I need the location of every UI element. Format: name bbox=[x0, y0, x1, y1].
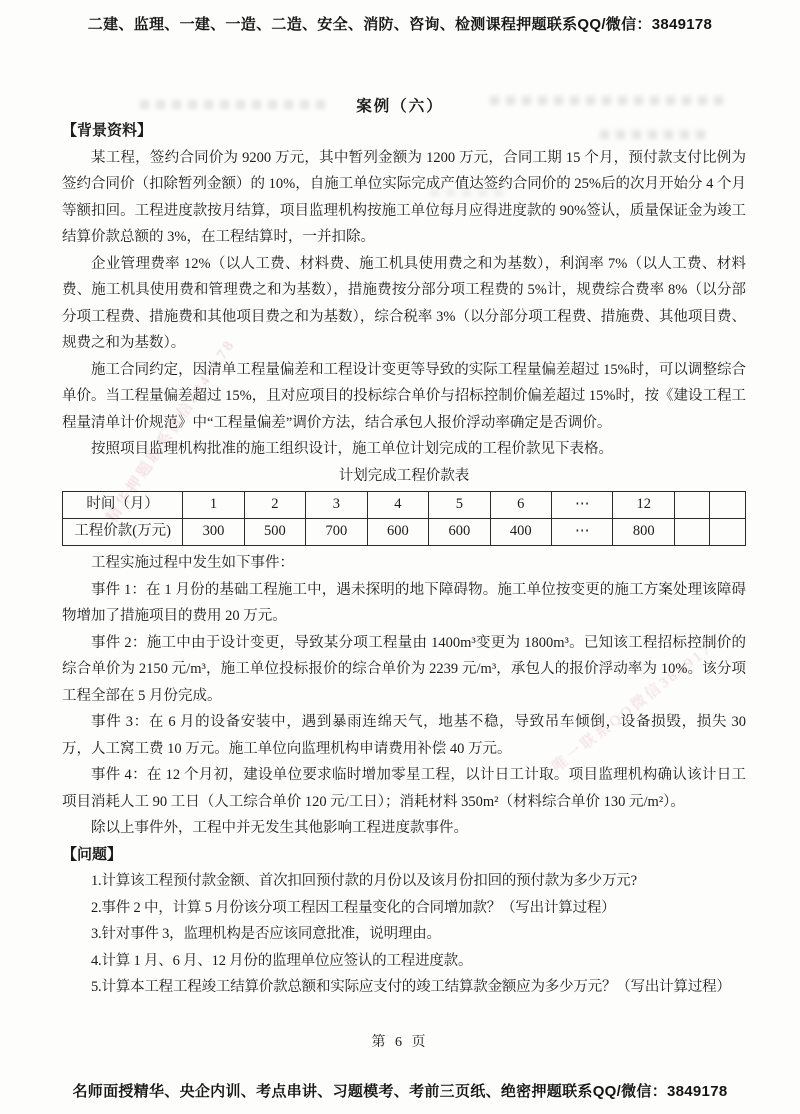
table-cell: 800 bbox=[613, 519, 674, 546]
table-cell: 时间（月） bbox=[63, 492, 183, 519]
table-cell: 1 bbox=[183, 492, 244, 519]
questions-section-heading: 【问题】 bbox=[62, 842, 746, 869]
table-row-payments: 工程价款(万元) 300 500 700 600 600 400 ⋯ 800 bbox=[63, 519, 746, 546]
table-cell: 400 bbox=[490, 519, 551, 546]
table-cell: 700 bbox=[306, 519, 367, 546]
table-cell: 工程价款(万元) bbox=[63, 519, 183, 546]
background-paragraph: 施工合同约定，因清单工程量偏差和工程设计变更等导致的实际工程量偏差超过 15%时… bbox=[62, 357, 746, 437]
table-cell bbox=[710, 519, 746, 546]
question-item: 4.计算 1 月、6 月、12 月份的监理单位应签认的工程进度款。 bbox=[62, 948, 746, 975]
event-paragraph: 事件 3：在 6 月的设备安装中，遇到暴雨连绵天气，地基不稳，导致吊车倾倒，设备… bbox=[62, 709, 746, 762]
background-paragraph: 某工程，签约合同价为 9200 万元，其中暂列金额为 1200 万元，合同工期 … bbox=[62, 145, 746, 251]
document-body: 【背景资料】 某工程，签约合同价为 9200 万元，其中暂列金额为 1200 万… bbox=[62, 118, 746, 1001]
question-item: 2.事件 2 中，计算 5 月份该分项工程因工程量变化的合同增加款？（写出计算过… bbox=[62, 895, 746, 922]
table-cell: 2 bbox=[244, 492, 305, 519]
event-paragraph: 事件 1：在 1 月份的基础工程施工中，遇未探明的地下障碍物。施工单位按变更的施… bbox=[62, 577, 746, 630]
question-item: 5.计算本工程工程竣工结算价款总额和实际应支付的竣工结算款金额应为多少万元？（写… bbox=[62, 974, 746, 1001]
page-title: 案例（六） bbox=[0, 94, 800, 116]
background-paragraph: 企业管理费率 12%（以人工费、材料费、施工机具使用费之和为基数），利润率 7%… bbox=[62, 251, 746, 357]
page-number: 第 6 页 bbox=[0, 1031, 800, 1051]
event-paragraph: 事件 4：在 12 个月初，建设单位要求临时增加零星工程，以计日工计取。项目监理… bbox=[62, 762, 746, 815]
table-cell: ⋯ bbox=[552, 492, 613, 519]
table-row-months: 时间（月） 1 2 3 4 5 6 ⋯ 12 bbox=[63, 492, 746, 519]
background-section-heading: 【背景资料】 bbox=[62, 118, 746, 145]
footer-promo-line: 名师面授精华、央企内训、考点串讲、习题模考、考前三页纸、绝密押题联系QQ/微信：… bbox=[0, 1080, 800, 1101]
event-paragraph: 事件 2：施工中由于设计变更，导致某分项工程量由 1400m³变更为 1800m… bbox=[62, 630, 746, 710]
table-cell: ⋯ bbox=[552, 519, 613, 546]
document-page: 二建、监理、一建、一造、二造、安全、消防、咨询、检测课程押题联系QQ/微信：38… bbox=[0, 0, 800, 1114]
events-outro: 除以上事件外，工程中并无发生其他影响工程进度款事件。 bbox=[62, 815, 746, 842]
table-cell: 3 bbox=[306, 492, 367, 519]
table-cell: 500 bbox=[244, 519, 305, 546]
table-cell: 12 bbox=[613, 492, 674, 519]
table-cell: 6 bbox=[490, 492, 551, 519]
table-cell: 5 bbox=[429, 492, 490, 519]
background-paragraph: 按照项目监理机构批准的施工组织设计，施工单位计划完成的工程价款见下表格。 bbox=[62, 436, 746, 463]
events-intro: 工程实施过程中发生如下事件： bbox=[62, 550, 746, 577]
table-cell: 600 bbox=[367, 519, 428, 546]
planned-payment-table: 时间（月） 1 2 3 4 5 6 ⋯ 12 工程价款(万元) 300 500 bbox=[62, 491, 746, 546]
table-cell bbox=[710, 492, 746, 519]
question-item: 3.针对事件 3，监理机构是否应该同意批准，说明理由。 bbox=[62, 921, 746, 948]
table-title: 计划完成工程价款表 bbox=[62, 463, 746, 490]
table-cell: 600 bbox=[429, 519, 490, 546]
table-cell bbox=[674, 492, 710, 519]
table-cell: 300 bbox=[183, 519, 244, 546]
question-item: 1.计算该工程预付款金额、首次扣回预付款的月份以及该月份扣回的预付款为多少万元? bbox=[62, 868, 746, 895]
table-cell: 4 bbox=[367, 492, 428, 519]
table-cell bbox=[674, 519, 710, 546]
header-promo-line: 二建、监理、一建、一造、二造、安全、消防、咨询、检测课程押题联系QQ/微信：38… bbox=[0, 13, 800, 34]
